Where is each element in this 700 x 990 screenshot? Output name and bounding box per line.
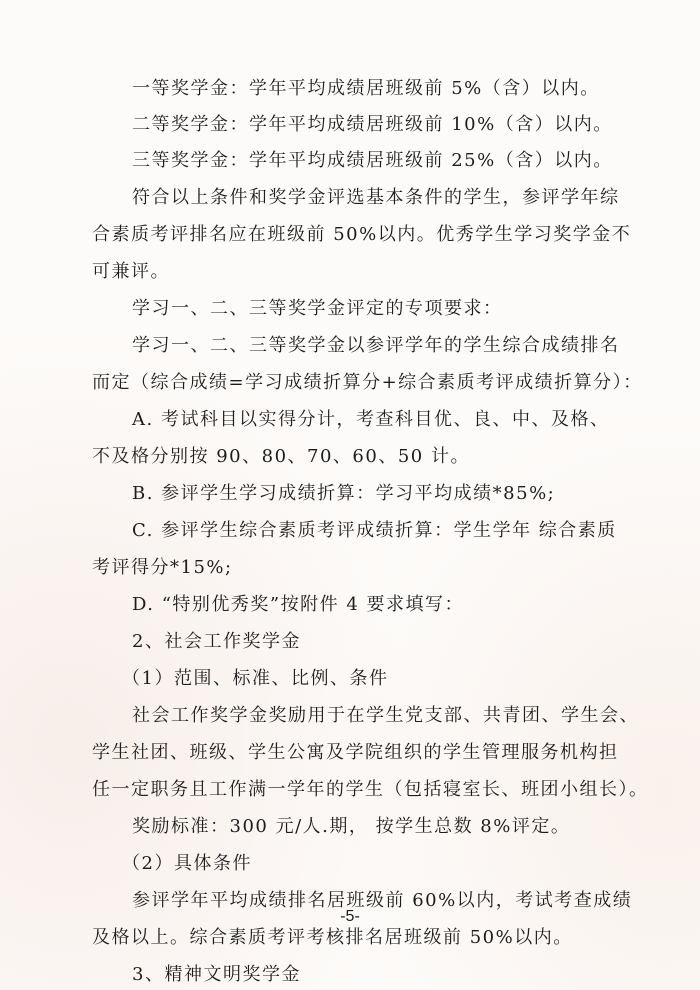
text-line-item-b: B. 参评学生学习成绩折算：学习平均成绩*85%; — [132, 482, 555, 506]
document-page: 一等奖学金：学年平均成绩居班级前 5%（含）以内。 二等奖学金：学年平均成绩居班… — [0, 0, 700, 990]
text-line-social-work-desc: 社会工作奖学金奖励用于在学生党支部、共青团、学生会、 — [132, 704, 639, 728]
text-line-social-work-desc-cont: 学生社团、班级、学生公寓及学院组织的学生管理服务机构担 — [92, 741, 619, 765]
text-line-award-first: 一等奖学金：学年平均成绩居班级前 5%（含）以内。 — [132, 77, 600, 101]
subsection-heading-scope: （1）范围、标准、比例、条件 — [122, 667, 388, 691]
section-heading-social-work: 2、社会工作奖学金 — [132, 630, 301, 654]
text-line-item-c-cont: 考评得分*15%; — [92, 556, 233, 580]
text-line-social-work-desc-end: 任一定职务且工作满一学年的学生（包括寝室长、班团小组长）。 — [92, 778, 649, 802]
text-line-eligibility-cont: 合素质考评排名应在班级前 50%以内。优秀学生学习奖学金不 — [92, 223, 631, 247]
text-line-special-requirements-heading: 学习一、二、三等奖学金评定的专项要求： — [132, 297, 503, 321]
text-line-eligibility: 符合以上条件和奖学金评选基本条件的学生，参评学年综 — [132, 186, 620, 210]
text-line-award-third: 三等奖学金：学年平均成绩居班级前 25%（含）以内。 — [132, 149, 613, 173]
section-heading-spiritual-civilization: 3、精神文明奖学金 — [132, 963, 301, 987]
text-line-eligibility-end: 可兼评。 — [92, 260, 170, 284]
text-line-award-second: 二等奖学金：学年平均成绩居班级前 10%（含）以内。 — [132, 113, 613, 137]
text-line-item-c: C. 参评学生综合素质考评成绩折算：学生学年 综合素质 — [132, 519, 617, 543]
text-line-item-d: D. “特别优秀奖”按附件 4 要求填写： — [132, 593, 464, 617]
page-number: -5- — [0, 908, 700, 926]
text-line-composite-score: 学习一、二、三等奖学金以参评学年的学生综合成绩排名 — [132, 334, 620, 358]
text-line-item-a: A. 考试科目以实得分计，考查科目优、良、中、及格、 — [132, 408, 609, 432]
text-line-item-a-cont: 不及格分别按 90、80、70、60、50 计。 — [92, 445, 470, 469]
text-line-composite-formula: 而定（综合成绩=学习成绩折算分+综合素质考评成绩折算分）： — [92, 371, 643, 395]
text-line-conditions-cont: 及格以上。综合素质考评考核排名居班级前 50%以内。 — [92, 926, 573, 950]
subsection-heading-conditions: （2）具体条件 — [122, 852, 252, 876]
text-line-reward-standard: 奖励标准：300 元/人.期， 按学生总数 8%评定。 — [132, 815, 570, 839]
